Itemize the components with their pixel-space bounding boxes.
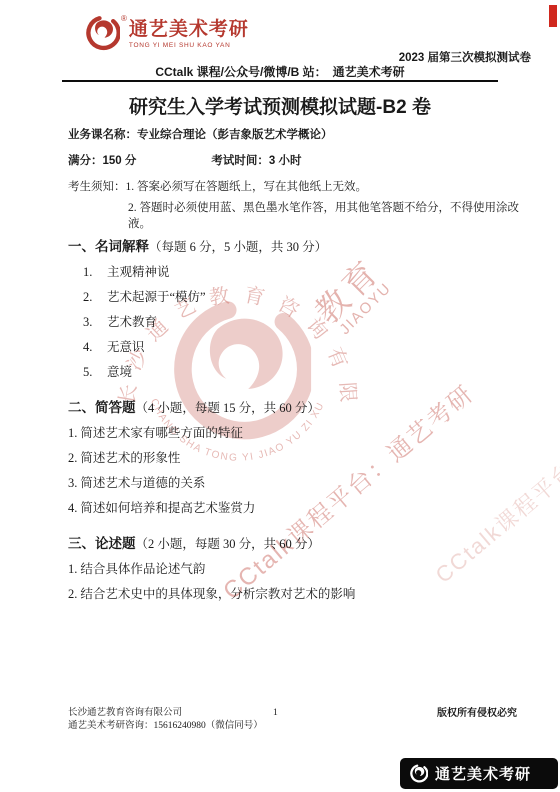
red-corner-marker: [549, 5, 557, 27]
section-2-title: 二、简答题: [68, 400, 136, 415]
notice-text-1: 1. 答案必须写在答题纸上，写在其他纸上无效。: [126, 181, 368, 193]
bottom-bar-label: 通艺美术考研: [435, 763, 531, 784]
bottom-brand-bar: 通艺美术考研: [400, 758, 558, 789]
page-footer: 长沙通艺教育咨询有限公司 通艺美术考研咨询：15616240980（微信同号） …: [68, 707, 517, 733]
course-name-line: 业务课名称：专业综合理论（彭吉象版艺术学概论）: [68, 127, 530, 143]
question-item: 2.艺术起源于“模仿”: [68, 285, 530, 310]
tongyi-logo-icon: [409, 764, 428, 783]
page-title: 研究生入学考试预测模拟试题-B2 卷: [0, 92, 560, 119]
logo-wordmark: 通艺美术考研 TONG YI MEI SHU KAO YAN: [129, 15, 249, 50]
footer-contact: 通艺美术考研咨询：15616240980（微信同号）: [68, 720, 517, 733]
copyright-notice: 版权所有侵权必究: [437, 707, 517, 720]
logo-title: 通艺美术考研: [129, 18, 249, 42]
tongyi-logo-icon: [84, 15, 120, 51]
logo-subtitle: TONG YI MEI SHU KAO YAN: [129, 42, 249, 50]
question-item: 4.无意识: [68, 335, 530, 360]
question-item: 4.简述如何培养和提高艺术鉴赏力: [68, 496, 530, 521]
section-3-items: 1.结合具体作品论述气韵 2.结合艺术史中的具体现象，分析宗教对艺术的影响: [68, 557, 530, 607]
section-3-heading: 三、论述题（2 小题，每题 30 分，共 60 分）: [68, 535, 530, 553]
notice-line-1: 考生须知：1. 答案必须写在答题纸上，写在其他纸上无效。: [68, 179, 530, 195]
header-divider: [62, 80, 498, 82]
notice-line-2: 2. 答题时必须使用蓝、黑色墨水笔作答，用其他笔答题不给分，不得使用涂改液。: [128, 200, 530, 232]
exam-paper-page: 长沙通艺教育咨询有限公司 CHANG SHA TONG YI JIAO YU Z…: [0, 0, 560, 792]
section-3-title: 三、论述题: [68, 536, 136, 551]
section-1-heading: 一、名词解释（每题 6 分，5 小题，共 30 分）: [68, 238, 530, 256]
section-1-note: （每题 6 分，5 小题，共 30 分）: [149, 240, 327, 254]
section-2-note: （4 小题，每题 15 分，共 60 分）: [136, 401, 320, 415]
section-2-heading: 二、简答题（4 小题，每题 15 分，共 60 分）: [68, 399, 530, 417]
question-item: 1.主观精神说: [68, 260, 530, 285]
section-2-items: 1.简述艺术家有哪些方面的特征 2.简述艺术的形象性 3.简述艺术与道德的关系 …: [68, 421, 530, 521]
notice-label: 考生须知：: [68, 181, 126, 193]
question-item: 2.结合艺术史中的具体现象，分析宗教对艺术的影响: [68, 582, 530, 607]
section-1-title: 一、名词解释: [68, 239, 149, 254]
duration-label: 考试时间：3 小时: [211, 153, 301, 169]
exam-body: 业务课名称：专业综合理论（彭吉象版艺术学概论） 满分：150 分 考试时间：3 …: [68, 127, 530, 607]
score-time-line: 满分：150 分 考试时间：3 小时: [68, 153, 530, 169]
question-item: 3.艺术教育: [68, 310, 530, 335]
section-1-items: 1.主观精神说 2.艺术起源于“模仿” 3.艺术教育 4.无意识 5.意境: [68, 260, 530, 385]
question-item: 1.结合具体作品论述气韵: [68, 557, 530, 582]
header-logo: ® 通艺美术考研 TONG YI MEI SHU KAO YAN: [84, 15, 249, 51]
page-number: 1: [273, 707, 278, 720]
question-item: 5.意境: [68, 360, 530, 385]
question-item: 1.简述艺术家有哪些方面的特征: [68, 421, 530, 446]
question-item: 2.简述艺术的形象性: [68, 446, 530, 471]
section-3-note: （2 小题，每题 30 分，共 60 分）: [136, 537, 320, 551]
platform-line: CCtalk 课程/公众号/微博/B 站： 通艺美术考研: [0, 63, 560, 80]
question-item: 3.简述艺术与道德的关系: [68, 471, 530, 496]
registered-mark: ®: [121, 15, 127, 23]
full-score-label: 满分：150 分: [68, 153, 136, 169]
